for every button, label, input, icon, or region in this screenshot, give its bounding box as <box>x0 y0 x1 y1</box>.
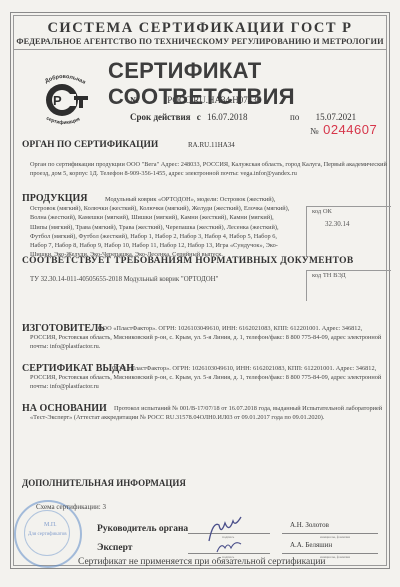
rst-logo-icon: Добровольная Р сертификация <box>38 70 90 126</box>
agency-title: ФЕДЕРАЛЬНОЕ АГЕНТСТВО ПО ТЕХНИЧЕСКОМУ РЕ… <box>0 37 400 46</box>
cert-body-label: ОРГАН ПО СЕРТИФИКАЦИИ <box>22 140 158 150</box>
expert-name-line <box>282 553 378 554</box>
head-name-caption: инициалы, фамилия <box>320 535 350 539</box>
from-label: с <box>197 112 201 122</box>
svg-text:Добровольная: Добровольная <box>44 74 86 86</box>
ok-code-value: 32.30.14 <box>325 220 350 228</box>
expert-signature-icon <box>215 538 245 556</box>
basis-text: Протокол испытаний № 001/В-17/07/18 от 1… <box>30 404 390 422</box>
to-label: по <box>290 112 299 122</box>
issued-to-text: ООО «ПластФактор». ОГРН: 1026103049610, … <box>30 364 390 392</box>
expert-label: Эксперт <box>97 543 132 553</box>
cert-body-code: RA.RU.11HA34 <box>188 141 235 149</box>
head-name: А.Н. Золотов <box>290 521 329 529</box>
expert-name: А.А. Беляшин <box>290 541 332 549</box>
from-date: 16.07.2018 <box>207 112 248 122</box>
standards-text: ТУ 32.30.14-011-40505655-2018 Модульный … <box>30 275 300 284</box>
ok-code-label: код ОК <box>312 208 332 215</box>
stamp-text: Для сертификатов <box>28 532 67 537</box>
blank-number: №0244607 <box>310 122 377 137</box>
head-name-line <box>282 533 378 534</box>
to-date: 15.07.2021 <box>316 112 357 122</box>
voluntary-note: Сертификат не применяется при обязательн… <box>78 557 326 567</box>
stamp-label: М.П. <box>44 522 57 528</box>
validity-to: по 15.07.2021 <box>290 112 356 122</box>
head-label: Руководитель органа <box>97 524 188 534</box>
number-label: № <box>130 95 139 105</box>
svg-text:Р: Р <box>53 93 62 108</box>
certification-scheme: Схема сертификации: 3 <box>36 503 106 512</box>
svg-text:сертификация: сертификация <box>45 116 81 126</box>
product-text: Модульный коврик «ОРТОДОН», модели: Остр… <box>30 195 290 259</box>
tnved-code-label: код ТН ВЭД <box>312 272 346 279</box>
validity-row: Срок действия с 16.07.2018 <box>130 112 248 122</box>
header-divider <box>13 49 387 50</box>
cert-body-text: Орган по сертификации продукции ООО "Вег… <box>30 160 390 178</box>
validity-label: Срок действия <box>130 112 191 122</box>
certificate-number-row: № РОСС RU.HA34.H07436 <box>130 95 261 105</box>
system-title: СИСТЕМА СЕРТИФИКАЦИИ ГОСТ Р <box>0 20 400 37</box>
manufacturer-text: ООО «ПластФактор». ОГРН: 1026103049610, … <box>30 324 390 352</box>
additional-info-label: ДОПОЛНИТЕЛЬНАЯ ИНФОРМАЦИЯ <box>22 478 186 488</box>
standards-label: СООТВЕТСТВУЕТ ТРЕБОВАНИЯМ НОРМАТИВНЫХ ДО… <box>22 256 353 266</box>
certificate-number: РОСС RU.HA34.H07436 <box>167 95 261 105</box>
